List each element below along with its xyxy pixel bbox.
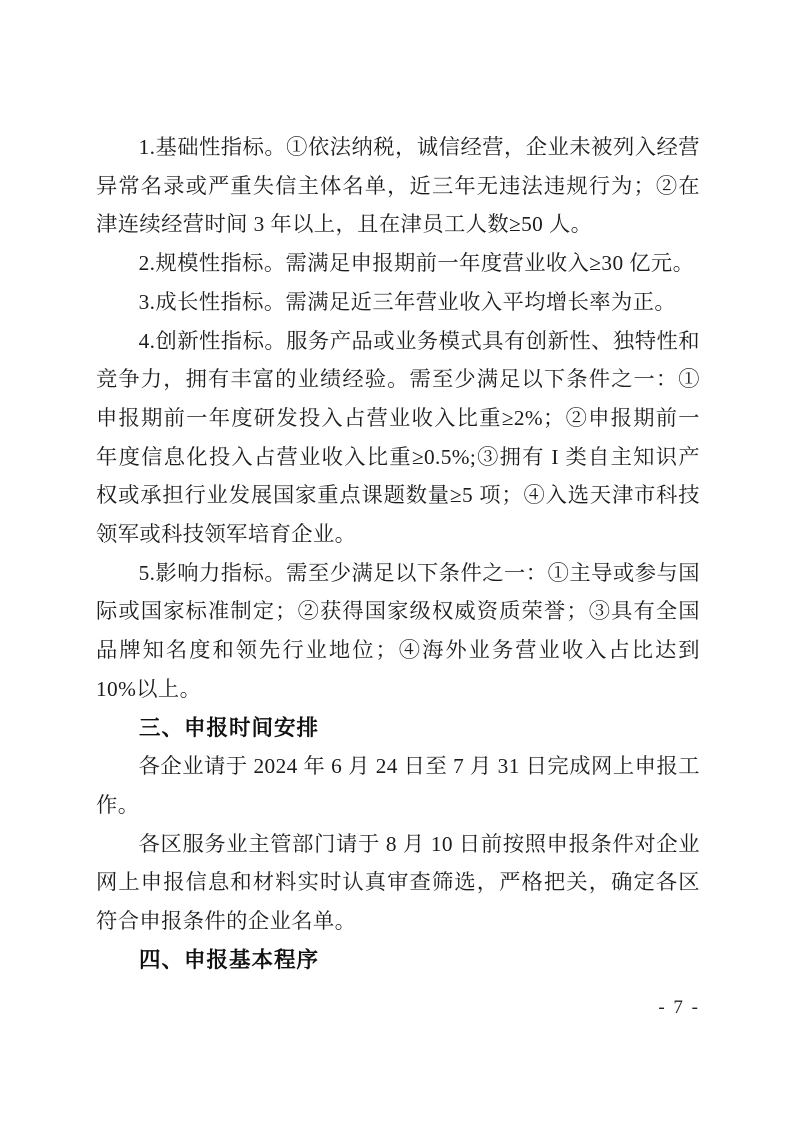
paragraph-innovation-indicator: 4.创新性指标。服务产品或业务模式具有创新性、独特性和竞争力，拥有丰富的业绩经验…: [96, 322, 700, 554]
section-heading-application-procedure: 四、申报基本程序: [96, 941, 700, 980]
paragraph-scale-indicator: 2.规模性指标。需满足申报期前一年度营业收入≥30 亿元。: [96, 244, 700, 283]
paragraph-basic-indicator: 1.基础性指标。①依法纳税，诚信经营，企业未被列入经营异常名录或严重失信主体名单…: [96, 128, 700, 244]
document-page: 1.基础性指标。①依法纳税，诚信经营，企业未被列入经营异常名录或严重失信主体名单…: [0, 0, 794, 1123]
paragraph-growth-indicator: 3.成长性指标。需满足近三年营业收入平均增长率为正。: [96, 283, 700, 322]
document-body: 1.基础性指标。①依法纳税，诚信经营，企业未被列入经营异常名录或严重失信主体名单…: [96, 128, 700, 979]
section-heading-application-schedule: 三、申报时间安排: [96, 709, 700, 748]
page-number: - 7 -: [658, 996, 700, 1020]
paragraph-influence-indicator: 5.影响力指标。需至少满足以下条件之一：①主导或参与国际或国家标准制定；②获得国…: [96, 554, 700, 709]
paragraph-enterprise-deadline: 各企业请于 2024 年 6 月 24 日至 7 月 31 日完成网上申报工作。: [96, 747, 700, 824]
paragraph-district-review: 各区服务业主管部门请于 8 月 10 日前按照申报条件对企业网上申报信息和材料实…: [96, 825, 700, 941]
